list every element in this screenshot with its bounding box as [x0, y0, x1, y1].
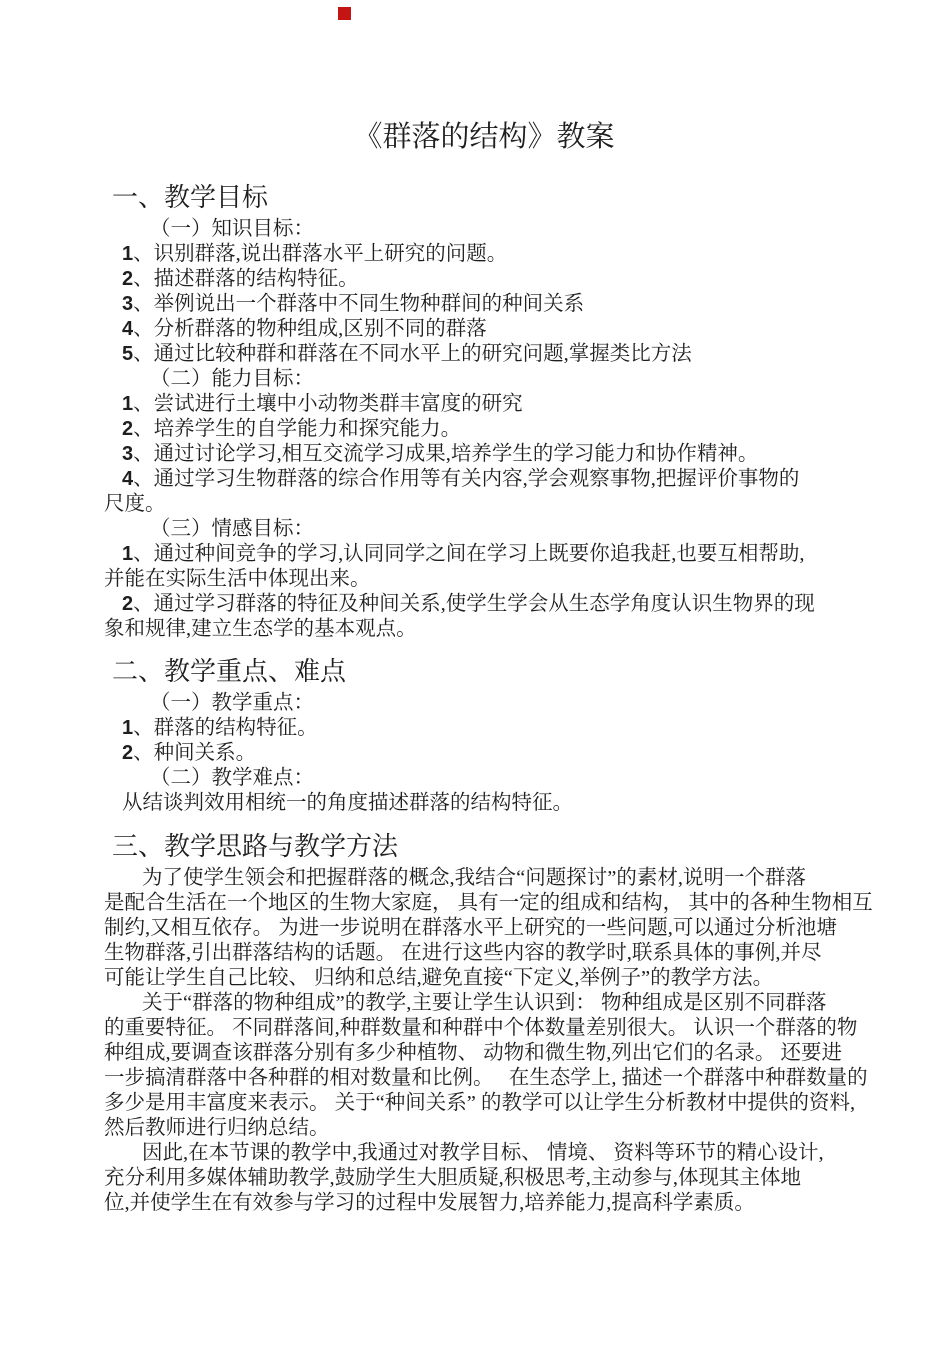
section-3-lines: 为了使学生领会和把握群落的概念,我结合“问题探讨”的素材,说明一个群落 是配合生… — [104, 866, 864, 1216]
doc-line: 多少是用丰富度来表示。 关于“种间关系” 的教学可以让学生分析教材中提供的资料, — [104, 1091, 864, 1116]
doc-line: 5、通过比较种群和群落在不同水平上的研究问题,掌握类比方法 — [104, 342, 864, 367]
doc-line: 一步搞清群落中各种群的相对数量和比例。 在生态学上, 描述一个群落中种群数量的 — [104, 1066, 864, 1091]
doc-line: 制约,又相互依存。 为进一步说明在群落水平上研究的一些问题,可以通过分析池塘 — [104, 916, 864, 941]
doc-line: 1、尝试进行土壤中小动物类群丰富度的研究 — [104, 392, 864, 417]
doc-line: 2、种间关系。 — [104, 741, 864, 766]
document-page: 《群落的结构》教案 一、教学目标 （一）知识目标： 1、识别群落,说出群落水平上… — [0, 0, 950, 1345]
doc-line: 2、培养学生的自学能力和探究能力。 — [104, 417, 864, 442]
doc-line: 尺度。 — [104, 492, 864, 517]
doc-line: 1、通过种间竞争的学习,认同同学之间在学习上既要你追我赶,也要互相帮助, — [104, 542, 864, 567]
doc-line: 象和规律,建立生态学的基本观点。 — [104, 617, 864, 642]
doc-line: 可能让学生自己比较、 归纳和总结,避免直接“下定义,举例子”的教学方法。 — [104, 966, 864, 991]
doc-line: 然后教师进行归纳总结。 — [104, 1116, 864, 1141]
doc-line: 因此,在本节课的教学中,我通过对教学目标、 情境、 资料等环节的精心设计, — [104, 1141, 864, 1166]
doc-line: 种组成,要调查该群落分别有多少种植物、 动物和微生物,列出它们的名录。 还要进 — [104, 1041, 864, 1066]
doc-line: 4、分析群落的物种组成,区别不同的群落 — [104, 317, 864, 342]
doc-line: （一）知识目标： — [104, 217, 864, 242]
doc-title: 《群落的结构》教案 — [104, 119, 864, 155]
doc-line: 1、识别群落,说出群落水平上研究的问题。 — [104, 242, 864, 267]
section-heading-1: 一、教学目标 — [104, 181, 864, 214]
doc-line: 充分利用多媒体辅助教学,鼓励学生大胆质疑,积极思考,主动参与,体现其主体地 — [104, 1166, 864, 1191]
doc-line: 1、群落的结构特征。 — [104, 716, 864, 741]
doc-line: （二）教学难点： — [104, 766, 864, 791]
doc-line: 3、举例说出一个群落中不同生物种群间的种间关系 — [104, 292, 864, 317]
section-1-lines: （一）知识目标： 1、识别群落,说出群落水平上研究的问题。 2、描述群落的结构特… — [104, 217, 864, 642]
doc-line: 为了使学生领会和把握群落的概念,我结合“问题探讨”的素材,说明一个群落 — [104, 866, 864, 891]
document-body: 《群落的结构》教案 一、教学目标 （一）知识目标： 1、识别群落,说出群落水平上… — [104, 0, 864, 1216]
section-heading-3: 三、教学思路与教学方法 — [104, 830, 864, 863]
doc-line: 并能在实际生活中体现出来。 — [104, 567, 864, 592]
doc-line: （二）能力目标： — [104, 367, 864, 392]
doc-line: 是配合生活在一个地区的生物大家庭， 具有一定的组成和结构， 其中的各种生物相互 — [104, 891, 864, 916]
doc-line: 的重要特征。 不同群落间,种群数量和种群中个体数量差别很大。 认识一个群落的物 — [104, 1016, 864, 1041]
section-2-lines: （一）教学重点： 1、群落的结构特征。 2、种间关系。 （二）教学难点： 从结谈… — [104, 691, 864, 816]
doc-line: 从结谈判效用相统一的角度描述群落的结构特征。 — [104, 791, 864, 816]
doc-line: 关于“群落的物种组成”的教学,主要让学生认识到： 物种组成是区别不同群落 — [104, 991, 864, 1016]
doc-line: 3、通过讨论学习,相互交流学习成果,培养学生的学习能力和协作精神。 — [104, 442, 864, 467]
doc-line: 位,并使学生在有效参与学习的过程中发展智力,培养能力,提高科学素质。 — [104, 1191, 864, 1216]
doc-line: 生物群落,引出群落结构的话题。 在进行这些内容的教学时,联系具体的事例,并尽 — [104, 941, 864, 966]
doc-line: （一）教学重点： — [104, 691, 864, 716]
doc-line: 4、通过学习生物群落的综合作用等有关内容,学会观察事物,把握评价事物的 — [104, 467, 864, 492]
doc-line: 2、通过学习群落的特征及种间关系,使学生学会从生态学角度认识生物界的现 — [104, 592, 864, 617]
doc-line: 2、描述群落的结构特征。 — [104, 267, 864, 292]
doc-line: （三）情感目标： — [104, 517, 864, 542]
section-heading-2: 二、教学重点、难点 — [104, 655, 864, 688]
